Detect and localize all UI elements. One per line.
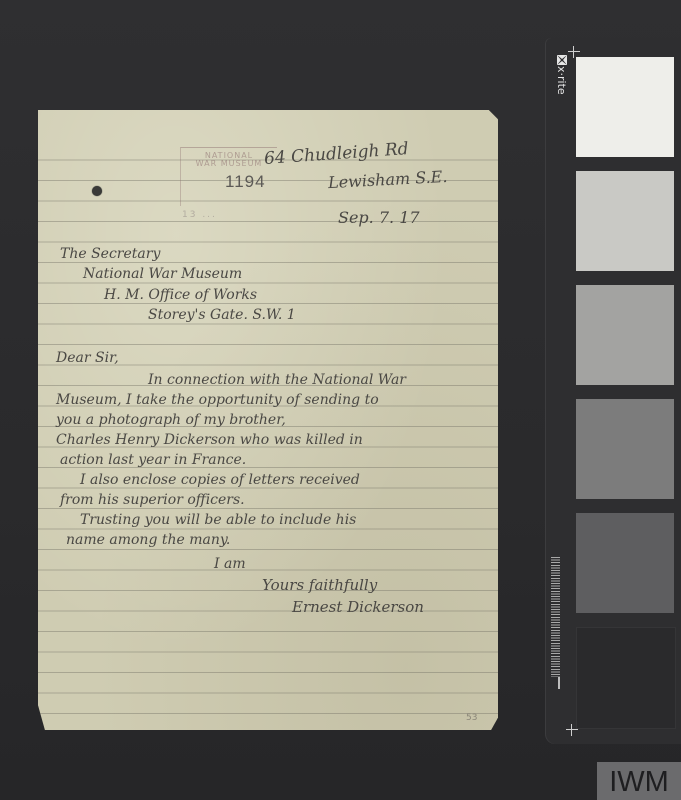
- brand-label: x·rite: [555, 66, 568, 95]
- recipient-line-2: National War Museum: [83, 266, 242, 282]
- museum-stamp: NATIONAL WAR MUSEUM 1194: [180, 147, 277, 206]
- body-line-5: action last year in France.: [60, 452, 246, 468]
- body-line-2: Museum, I take the opportunity of sendin…: [56, 392, 379, 408]
- body-line-8: Trusting you will be able to include his: [80, 512, 356, 528]
- closing-yours-faithfully: Yours faithfully: [262, 576, 377, 594]
- recipient-line-1: The Secretary: [60, 246, 160, 262]
- body-line-3: you a photograph of my brother,: [56, 412, 286, 428]
- recipient-line-3: H. M. Office of Works: [104, 287, 257, 303]
- swatch-mid-light-gray: [576, 285, 674, 385]
- recipient-line-4: Storey's Gate. S.W. 1: [148, 307, 296, 323]
- iwm-logo-text: IWM: [597, 766, 681, 799]
- swatch-dark-gray: [576, 513, 674, 613]
- xrite-logo-icon: [557, 50, 567, 60]
- scale-ruler: [551, 557, 560, 677]
- letter-paper: NATIONAL WAR MUSEUM 1194 13 ... 64 Chudl…: [38, 110, 498, 730]
- page-number: 53: [466, 713, 477, 723]
- signature: Ernest Dickerson: [292, 598, 424, 616]
- body-line-6: I also enclose copies of letters receive…: [80, 472, 360, 488]
- swatch-white: [576, 57, 674, 157]
- stamp-date: 13 ...: [182, 210, 217, 220]
- body-line-7: from his superior officers.: [60, 492, 245, 508]
- scale-ruler-end: [558, 677, 560, 689]
- salutation: Dear Sir,: [56, 350, 119, 366]
- punch-hole: [92, 186, 102, 196]
- closing-i-am: I am: [214, 556, 246, 572]
- swatch-mid-gray: [576, 399, 674, 499]
- body-line-9: name among the many.: [66, 532, 230, 548]
- iwm-logo: IWM: [597, 762, 681, 800]
- swatch-light-gray: [576, 171, 674, 271]
- stamp-number: 1194: [225, 172, 266, 192]
- body-line-4: Charles Henry Dickerson who was killed i…: [56, 432, 363, 448]
- swatch-black: [576, 627, 676, 729]
- stamp-line-2: WAR MUSEUM: [181, 159, 277, 168]
- xrite-brand: x·rite: [552, 60, 572, 130]
- letter-date: Sep. 7. 17: [338, 208, 420, 227]
- body-line-1: In connection with the National War: [148, 372, 406, 388]
